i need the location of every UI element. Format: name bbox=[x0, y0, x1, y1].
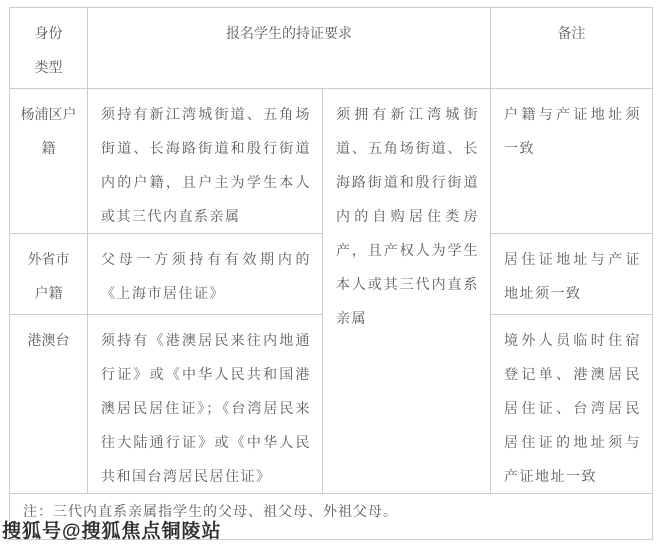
header-certificate-requirements: 报名学生的持证要求 bbox=[88, 8, 491, 89]
enrollment-requirements-table: 身份 类型 报名学生的持证要求 备注 杨浦区户 籍 须持有新江湾城街道、五角场街… bbox=[9, 7, 653, 540]
cell-identity-hk-macau-taiwan: 港澳台 bbox=[10, 315, 88, 494]
cell-requirement-other-province: 父母一方须持有有效期内的《上海市居住证》 bbox=[88, 234, 323, 315]
table-header-row: 身份 类型 报名学生的持证要求 备注 bbox=[10, 8, 653, 89]
cell-identity-other-province: 外省市 户籍 bbox=[10, 234, 88, 315]
header-identity-type: 身份 类型 bbox=[10, 8, 88, 89]
cell-identity-yangpu: 杨浦区户 籍 bbox=[10, 89, 88, 234]
article-table-page: 身份 类型 报名学生的持证要求 备注 杨浦区户 籍 须持有新江湾城街道、五角场街… bbox=[0, 0, 660, 546]
cell-note-yangpu: 户籍与产证地址须一致 bbox=[491, 89, 653, 234]
cell-requirement-hk-macau-taiwan: 须持有《港澳居民来往内地通行证》或《中华人民共和国港澳居民居住证》；《台湾居民来… bbox=[88, 315, 323, 494]
table-row: 杨浦区户 籍 须持有新江湾城街道、五角场街道、长海路街道和殷行街道内的户籍，且户… bbox=[10, 89, 653, 234]
cell-note-other-province: 居住证地址与产证地址须一致 bbox=[491, 234, 653, 315]
sohu-watermark: 搜狐号@搜狐焦点铜陵站 bbox=[2, 516, 222, 543]
cell-requirement-yangpu: 须持有新江湾城街道、五角场街道、长海路街道和殷行街道内的户籍，且户主为学生本人或… bbox=[88, 89, 323, 234]
header-notes: 备注 bbox=[491, 8, 653, 89]
cell-property-requirement: 须拥有新江湾城街道、五角场街道、长海路街道和殷行街道内的自购居住类房产，且产权人… bbox=[323, 89, 491, 494]
cell-note-hk-macau-taiwan: 境外人员临时住宿登记单、港澳居民居住证、台湾居民居住证的地址须与产证地址一致 bbox=[491, 315, 653, 494]
